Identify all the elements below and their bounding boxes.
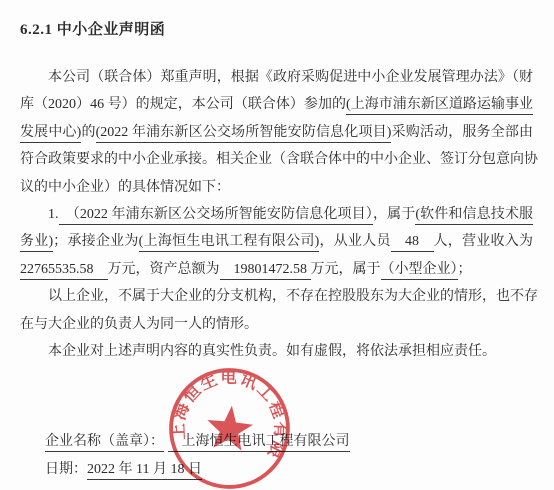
date-value: 2022 年 11 月 18 日 [87, 462, 202, 480]
company-name-value: 上海恒生电讯工程有限公司 [168, 434, 350, 452]
text-run: 库（2020）46 号）的规定，本公司（联合体）参加的 [20, 97, 346, 112]
body-line: 本企业对上述声明内容的真实性负责。如有虚假，将依法承担相应责任。 [20, 338, 533, 365]
company-name-label: 企业名称（盖章）： [45, 434, 164, 452]
company-name-line: 企业名称（盖章）： 上海恒生电讯工程有限公司 [45, 428, 554, 456]
text-run: 万元，资产总额为 [108, 262, 220, 277]
text-run: 符合政策要求的中小企业承接。相关企业（含联合体中的中小企业、签订分包意向协 [20, 152, 538, 167]
text-run: ；承接企业为 [53, 234, 139, 249]
underlined-field: 22765535.58 [20, 262, 108, 280]
body-line: 务业)；承接企业为(上海恒生电讯工程有限公司)，从业人员 48 人，营业收入为 [20, 228, 533, 255]
body-line: 以上企业，不属于大企业的分支机构，不存在控股股东为大企业的情形，也不存 [20, 283, 533, 310]
text-run: 在与大企业的负责人为同一人的情形。 [20, 317, 258, 332]
section-heading: 6.2.1 中小企业声明函 [0, 0, 554, 41]
underlined-field: 19801472.58 [220, 262, 311, 280]
body-line: 符合政策要求的中小企业承接。相关企业（含联合体中的中小企业、签订分包意向协 [20, 146, 533, 173]
underlined-field: (软件和信息技术服 [415, 207, 533, 225]
text-run: 本企业对上述声明内容的真实性负责。如有虚假，将依法承担相应责任。 [48, 344, 496, 359]
underlined-field: (上海恒生电讯工程有限公司) [139, 234, 320, 252]
text-run: 议的中小企业）的具体情况如下： [20, 180, 230, 195]
text-run: 人，营业收入为 [434, 234, 534, 249]
underlined-field: 48 [391, 234, 434, 252]
text-run: ，属于 [373, 207, 415, 222]
underlined-field: 务业) [20, 234, 53, 252]
signature-block: 企业名称（盖章）： 上海恒生电讯工程有限公司 日期：2022 年 11 月 18… [0, 428, 554, 484]
body-line: 库（2020）46 号）的规定，本公司（联合体）参加的(上海市浦东新区道路运输事… [20, 91, 533, 118]
scanned-document-page: 6.2.1 中小企业声明函 本公司（联合体）郑重声明，根据《政府采购促进中小企业… [0, 0, 554, 490]
date-label: 日期： [45, 462, 87, 477]
text-run: 本公司（联合体）郑重声明，根据《政府采购促进中小企业发展管理办法》（财 [48, 70, 533, 85]
body-line: 本公司（联合体）郑重声明，根据《政府采购促进中小企业发展管理办法》（财 [20, 64, 533, 91]
body-line: 1. （2022 年浦东新区公交场所智能安防信息化项目），属于(软件和信息技术服 [20, 201, 533, 228]
underlined-field: （小型企业） [381, 262, 458, 280]
text-run: 1. [48, 207, 59, 222]
text-run: ； [458, 262, 472, 277]
body-line: 发展中心)的(2022 年浦东新区公交场所智能安防信息化项目)采购活动，服务全部… [20, 119, 533, 146]
document-body: 本公司（联合体）郑重声明，根据《政府采购促进中小企业发展管理办法》（财库（202… [0, 64, 554, 365]
body-line: 议的中小企业）的具体情况如下： [20, 174, 533, 201]
text-run: ，从业人员 [319, 234, 391, 249]
underlined-field: （2022 年浦东新区公交场所智能安防信息化项目） [59, 207, 373, 225]
text-run: 的 [81, 125, 95, 140]
underlined-field: (2022 年浦东新区公交场所智能安防信息化项目) [96, 125, 392, 143]
body-line: 在与大企业的负责人为同一人的情形。 [20, 311, 533, 338]
text-run: 万元，属于 [311, 262, 381, 277]
body-line: 22765535.58 万元，资产总额为 19801472.58 万元，属于（小… [20, 256, 533, 283]
text-run: 以上企业，不属于大企业的分支机构，不存在控股股东为大企业的情形，也不存 [48, 289, 538, 304]
label-value-gap [164, 434, 168, 449]
date-line: 日期：2022 年 11 月 18 日 [45, 456, 554, 484]
underlined-field: 发展中心) [20, 125, 81, 143]
text-run: 采购活动，服务全部由 [391, 125, 533, 140]
underlined-field: (上海市浦东新区道路运输事业 [346, 97, 533, 115]
